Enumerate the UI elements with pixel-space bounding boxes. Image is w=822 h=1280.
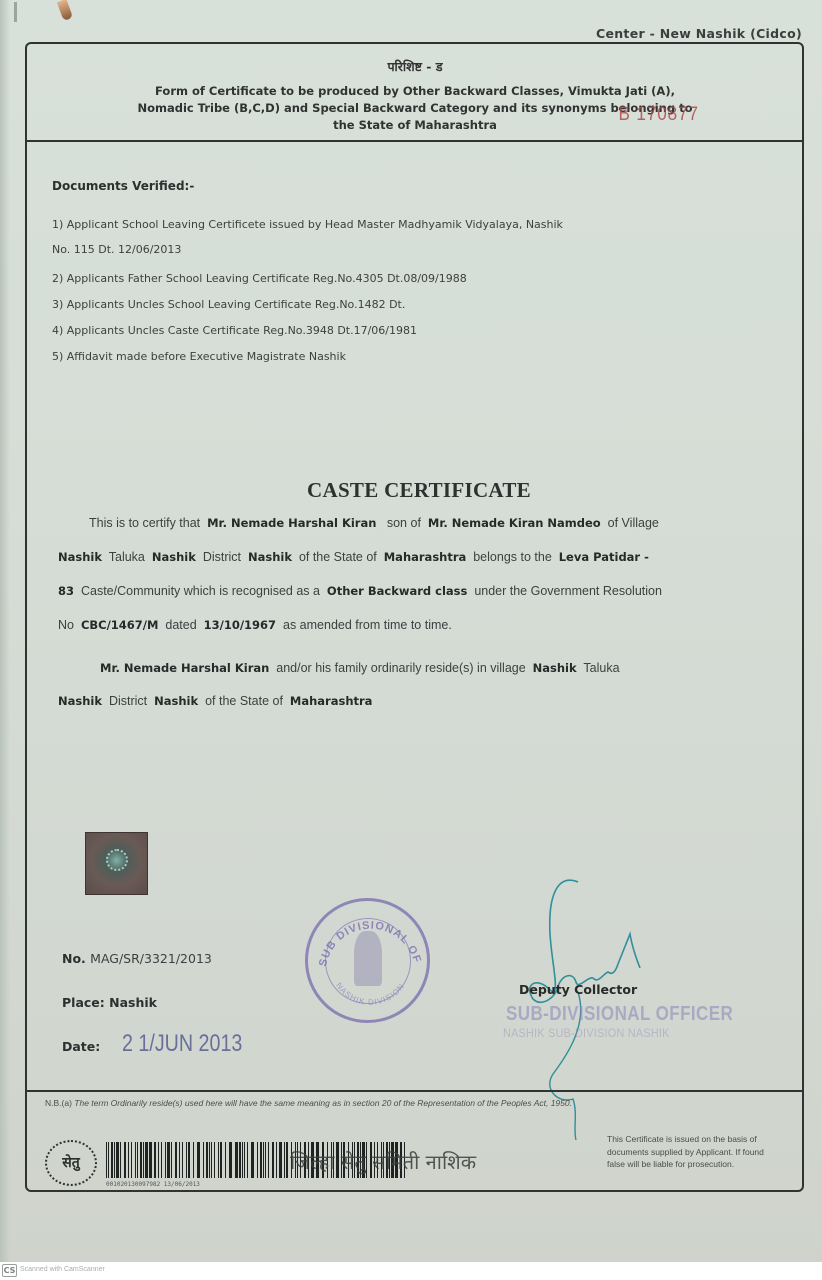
nb-footnote: N.B.(a) The term Ordinarily reside(s) us… — [45, 1097, 685, 1110]
certificate-number-value: MAG/SR/3321/2013 — [90, 951, 212, 966]
barcode-number: 001020130097982 13/06/2013 — [106, 1181, 200, 1188]
documents-verified-line: 3) Applicants Uncles School Leaving Cert… — [52, 298, 405, 311]
documents-verified-line: 5) Affidavit made before Executive Magis… — [52, 350, 346, 363]
documents-verified-title: Documents Verified:- — [52, 179, 194, 193]
para-text: No — [58, 618, 74, 632]
resolution-date: 13/10/1967 — [204, 618, 276, 632]
para-text: Taluka — [109, 550, 145, 564]
village-value: Nashik — [58, 550, 102, 564]
setu-logo-text: सेतु — [47, 1153, 95, 1172]
para-text: Caste/Community which is recognised as a — [81, 584, 320, 598]
place-value: Nashik — [109, 995, 157, 1010]
center-label: Center - New Nashik (Cidco) — [596, 26, 802, 41]
documents-verified-line: 1) Applicant School Leaving Certificete … — [52, 218, 563, 231]
documents-verified-line: 4) Applicants Uncles Caste Certificate R… — [52, 324, 417, 337]
certificate-para1-line1: This is to certify that Mr. Nemade Harsh… — [89, 516, 659, 530]
para-text: as amended from time to time. — [283, 618, 452, 632]
setu-logo-icon: सेतु — [45, 1140, 97, 1186]
para-text: and/or his family ordinarily reside(s) i… — [276, 661, 525, 675]
hologram-emblem-icon — [106, 849, 128, 871]
certificate-number-label: No. — [62, 951, 86, 966]
para-text: under the Government Resolution — [474, 584, 662, 598]
camscanner-logo-icon: CS — [2, 1264, 17, 1277]
certificate-number: No. MAG/SR/3321/2013 — [62, 951, 212, 966]
sub-divisional-officer-seal: SUB DIVISIONAL OFFICER NASHIK DIVISION — [305, 898, 430, 1023]
para-text: of the State of — [205, 694, 283, 708]
applicant-name: Mr. Nemade Harshal Kiran — [207, 516, 376, 530]
para-text: son of — [387, 516, 421, 530]
village-value: Nashik — [533, 661, 577, 675]
certificate-para1-line4: No CBC/1467/M dated 13/10/1967 as amende… — [58, 618, 452, 632]
documents-verified-line: No. 115 Dt. 12/06/2013 — [52, 243, 181, 256]
nb-prefix: N.B.(a) — [45, 1098, 72, 1108]
certificate-para1-line3: 83 Caste/Community which is recognised a… — [58, 584, 662, 598]
sdo-stamp-line-2: NASHIK SUB-DIVISION NASHIK — [503, 1026, 670, 1040]
form-description-line-1: Form of Certificate to be produced by Ot… — [27, 84, 803, 98]
para-text: belongs to the — [473, 550, 552, 564]
applicant-name: Mr. Nemade Harshal Kiran — [100, 661, 269, 675]
caste-value: Leva Patidar - — [559, 550, 649, 564]
para-text: District — [109, 694, 147, 708]
paper-edge-shadow — [0, 0, 10, 1262]
form-header: परिशिष्ट - ड Form of Certificate to be p… — [27, 52, 803, 142]
hindi-appendix-title: परिशिष्ट - ड — [27, 58, 803, 75]
documents-verified-line: 2) Applicants Father School Leaving Cert… — [52, 272, 467, 285]
para-text: of Village — [608, 516, 659, 530]
state-value: Maharashtra — [290, 694, 373, 708]
seal-circular-text: SUB DIVISIONAL OFFICER NASHIK DIVISION — [308, 901, 433, 1026]
scanner-watermark-bar — [0, 1262, 822, 1280]
caste-code: 83 — [58, 584, 74, 598]
liability-note: This Certificate is issued on the basis … — [607, 1133, 767, 1171]
certificate-para2-line2: Nashik District Nashik of the State of M… — [58, 694, 372, 708]
para-text: Taluka — [583, 661, 619, 675]
taluka-value: Nashik — [58, 694, 102, 708]
district-value: Nashik — [248, 550, 292, 564]
sdo-stamp-line-1: SUB-DIVISIONAL OFFICER — [506, 1003, 733, 1026]
setu-samiti-stamp: जिल्हा सेतु समिती नाशिक — [290, 1148, 476, 1175]
date-of-issue-label: Date: — [62, 1039, 100, 1054]
place-label: Place: — [62, 995, 105, 1010]
para-text: This is to certify that — [89, 516, 200, 530]
certificate-para2-line1: Mr. Nemade Harshal Kiran and/or his fami… — [100, 661, 620, 675]
hologram-sticker — [85, 832, 148, 895]
camscanner-watermark-text: Scanned with CamScanner — [20, 1266, 105, 1273]
certificate-title: CASTE CERTIFICATE — [0, 478, 822, 503]
paper-crease-mark — [14, 2, 17, 22]
footer-divider — [27, 1090, 803, 1092]
father-name: Mr. Nemade Kiran Namdeo — [428, 516, 601, 530]
resolution-number: CBC/1467/M — [81, 618, 159, 632]
para-text: District — [203, 550, 241, 564]
serial-number-stamp: B 170877 — [618, 104, 698, 126]
para-text: of the State of — [299, 550, 377, 564]
signatory-designation: Deputy Collector — [519, 982, 637, 997]
nb-text: The term Ordinarily reside(s) used here … — [74, 1098, 572, 1108]
para-text: dated — [165, 618, 196, 632]
taluka-value: Nashik — [152, 550, 196, 564]
date-stamp: 2 1/JUN 2013 — [122, 1030, 242, 1058]
svg-text:NASHIK DIVISION: NASHIK DIVISION — [334, 981, 406, 1007]
district-value: Nashik — [154, 694, 198, 708]
state-value: Maharashtra — [384, 550, 467, 564]
certificate-para1-line2: Nashik Taluka Nashik District Nashik of … — [58, 550, 649, 564]
category-value: Other Backward class — [327, 584, 467, 598]
svg-text:SUB DIVISIONAL OFFICER: SUB DIVISIONAL OFFICER — [308, 901, 423, 968]
place-of-issue: Place: Nashik — [62, 995, 157, 1010]
